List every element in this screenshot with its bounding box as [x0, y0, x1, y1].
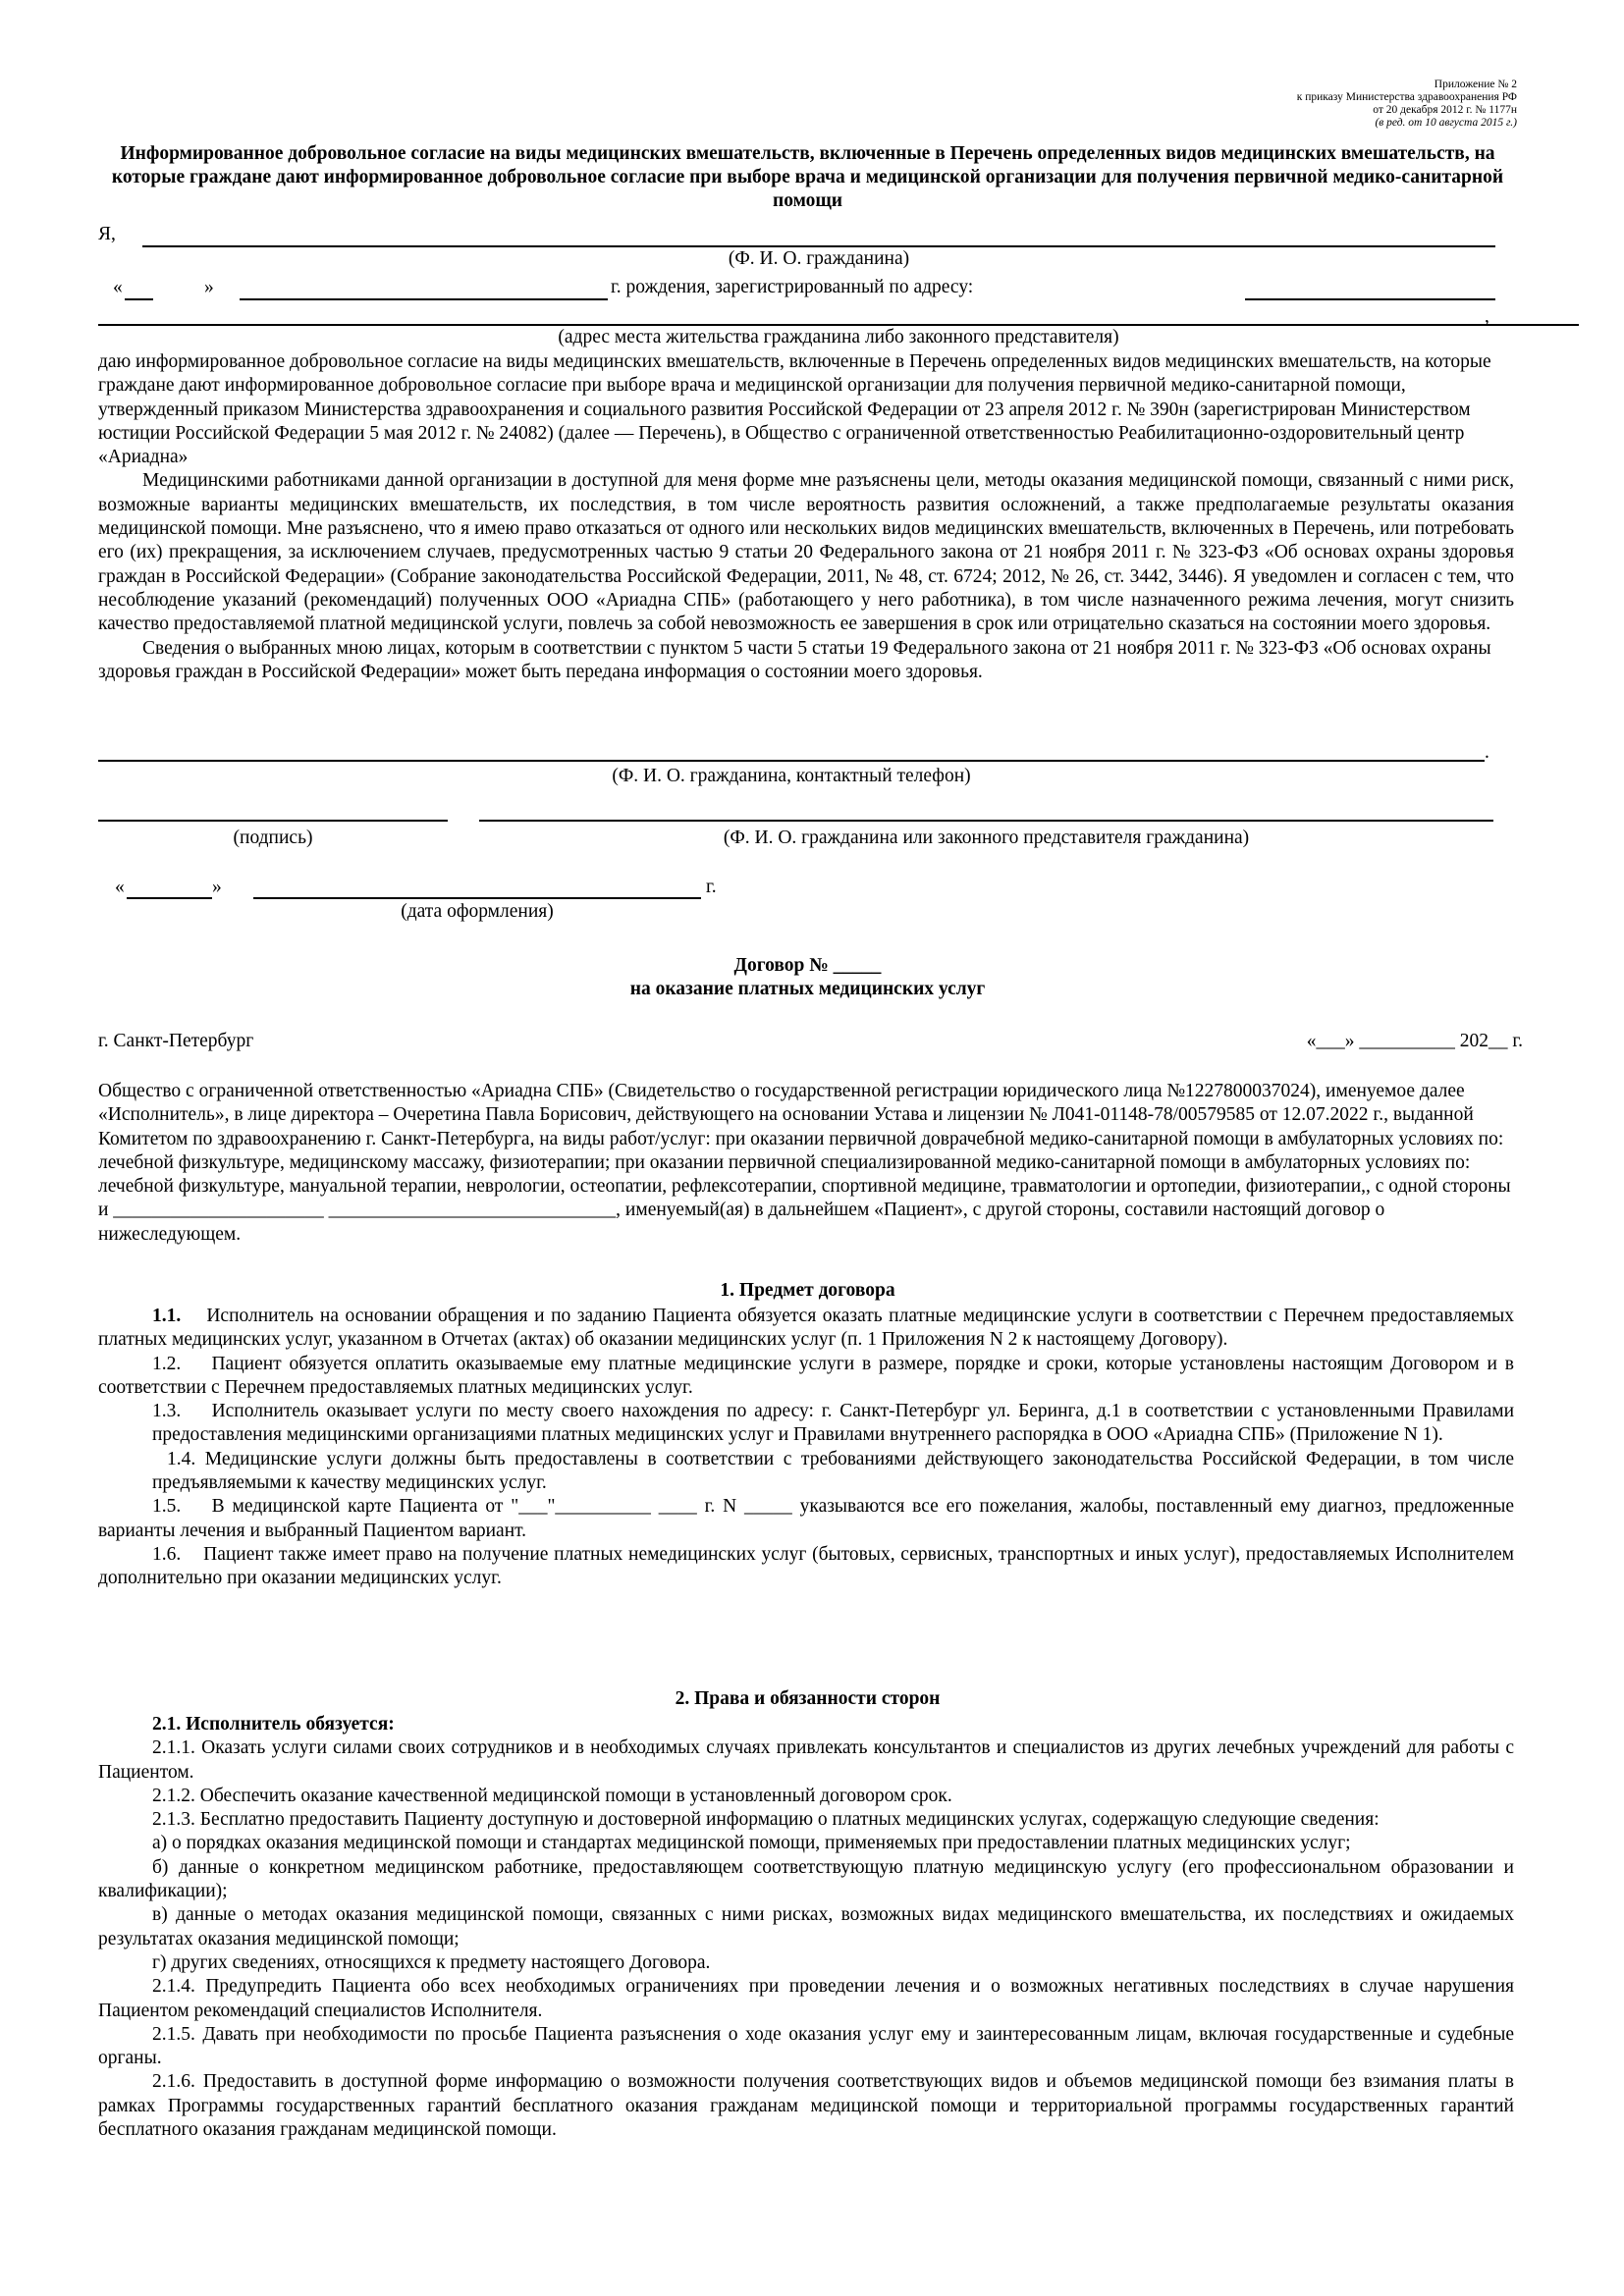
contract-city: г. Санкт-Петербург: [98, 1031, 253, 1052]
clause-number: 1.2.: [152, 1354, 181, 1374]
clause-1-6: 1.6. Пациент также имеет право на получе…: [98, 1543, 1514, 1591]
appendix-line-1: Приложение № 2: [1297, 79, 1517, 91]
clause-text: Исполнитель оказывает услуги по месту св…: [152, 1401, 1514, 1445]
contract-preamble: Общество с ограниченной ответственностью…: [98, 1080, 1514, 1247]
contact-caption: (Ф. И. О. гражданина, контактный телефон…: [98, 766, 1485, 787]
clause-1-1: 1.1. Исполнитель на основании обращения …: [98, 1305, 1514, 1353]
signature-field[interactable]: [98, 820, 448, 822]
preamble-text: Общество с ограниченной ответственностью…: [98, 1080, 1514, 1247]
birth-day-field[interactable]: [125, 298, 153, 300]
clause-text: В медицинской карте Пациента от "___"___…: [98, 1496, 1514, 1540]
birth-label: г. рождения, зарегистрированный по адрес…: [611, 277, 973, 298]
date-quote-close: »: [212, 877, 222, 898]
address-field-start[interactable]: [1245, 298, 1495, 300]
clause-1-4: 1.4. Медицинские услуги должны быть пред…: [98, 1448, 1514, 1496]
clause-2-1-3-b: б) данные о конкретном медицинском работ…: [98, 1856, 1514, 1904]
clause-1-3: 1.3. Исполнитель оказывает услуги по мес…: [98, 1400, 1514, 1448]
address-comma: ,: [1485, 306, 1489, 328]
contact-period: .: [1485, 742, 1489, 764]
clause-2-1-3-v: в) данные о методах оказания медицинской…: [98, 1903, 1514, 1951]
section2-subheading: 2.1. Исполнитель обязуется:: [98, 1713, 1514, 1736]
consent-paragraph-1: даю информированное добровольное согласи…: [98, 350, 1514, 469]
consent-paragraph-3: Сведения о выбранных мною лицах, которым…: [98, 637, 1514, 685]
contract-title: Договор № _____: [98, 955, 1517, 977]
consent-body: даю информированное добровольное согласи…: [98, 350, 1514, 684]
clause-2-1-3: 2.1.3. Бесплатно предоставить Пациенту д…: [98, 1808, 1514, 1832]
section2-body: 2.1. Исполнитель обязуется: 2.1.1. Оказа…: [98, 1713, 1514, 2142]
clause-2-1-3-g: г) других сведениях, относящихся к предм…: [98, 1951, 1514, 1975]
clause-1-5: 1.5. В медицинской карте Пациента от "__…: [98, 1495, 1514, 1543]
quote-open: «: [113, 277, 123, 298]
address-caption: (адрес места жительства гражданина либо …: [98, 327, 1579, 348]
date-day-field[interactable]: [127, 897, 212, 899]
section1-body: 1.1. Исполнитель на основании обращения …: [98, 1305, 1514, 1591]
clause-text: Пациент также имеет право на получение п…: [98, 1544, 1514, 1588]
clause-2-1-3-a: а) о порядках оказания медицинской помощ…: [98, 1832, 1514, 1855]
clause-number: 1.5.: [152, 1496, 181, 1517]
clause-2-1-2: 2.1.2. Обеспечить оказание качественной …: [98, 1785, 1514, 1808]
clause-number: 1.6.: [152, 1544, 181, 1565]
clause-text: Исполнитель на основании обращения и по …: [98, 1306, 1514, 1350]
clause-number: 1.1.: [152, 1306, 181, 1326]
representative-field[interactable]: [479, 820, 1493, 822]
fio-caption: (Ф. И. О. гражданина): [142, 248, 1495, 270]
appendix-note: Приложение № 2 к приказу Министерства зд…: [1297, 79, 1517, 130]
date-year-suffix: г.: [706, 877, 717, 898]
contract-subtitle: на оказание платных медицинских услуг: [98, 979, 1517, 1000]
fio-field[interactable]: [142, 245, 1495, 247]
appendix-line-3: от 20 декабря 2012 г. № 1177н: [1297, 104, 1517, 117]
clause-2-1-1: 2.1.1. Оказать услуги силами своих сотру…: [98, 1736, 1514, 1785]
clause-text: Пациент обязуется оплатить оказываемые е…: [98, 1354, 1514, 1398]
consent-title: Информированное добровольное согласие на…: [98, 142, 1517, 213]
section1-heading: 1. Предмет договора: [98, 1280, 1517, 1302]
quote-close: »: [204, 277, 214, 298]
date-caption: (дата оформления): [253, 901, 701, 923]
consent-paragraph-2: Медицинскими работниками данной организа…: [98, 469, 1514, 636]
address-field[interactable]: [98, 324, 1579, 326]
representative-caption: (Ф. И. О. гражданина или законного предс…: [479, 828, 1493, 849]
clause-2-1-6: 2.1.6. Предоставить в доступной форме ин…: [98, 2070, 1514, 2142]
appendix-line-4: (в ред. от 10 августа 2015 г.): [1297, 117, 1517, 130]
clause-2-1-4: 2.1.4. Предупредить Пациента обо всех не…: [98, 1975, 1514, 2023]
clause-2-1-5: 2.1.5. Давать при необходимости по прось…: [98, 2023, 1514, 2071]
contract-date: «___» __________ 202__ г.: [1307, 1031, 1523, 1052]
date-quote-open: «: [115, 877, 125, 898]
clause-number: 1.3.: [152, 1401, 181, 1421]
clause-text: Медицинские услуги должны быть предостав…: [152, 1449, 1514, 1493]
clause-1-2: 1.2. Пациент обязуется оплатить оказывае…: [98, 1353, 1514, 1401]
signature-caption: (подпись): [98, 828, 448, 849]
birth-date-field[interactable]: [240, 298, 608, 300]
contact-field[interactable]: [98, 760, 1485, 762]
ya-label: Я,: [98, 224, 116, 245]
section2-heading: 2. Права и обязанности сторон: [98, 1688, 1517, 1710]
clause-number: 1.4.: [167, 1449, 195, 1469]
appendix-line-2: к приказу Министерства здравоохранения Р…: [1297, 91, 1517, 104]
date-field[interactable]: [253, 897, 701, 899]
